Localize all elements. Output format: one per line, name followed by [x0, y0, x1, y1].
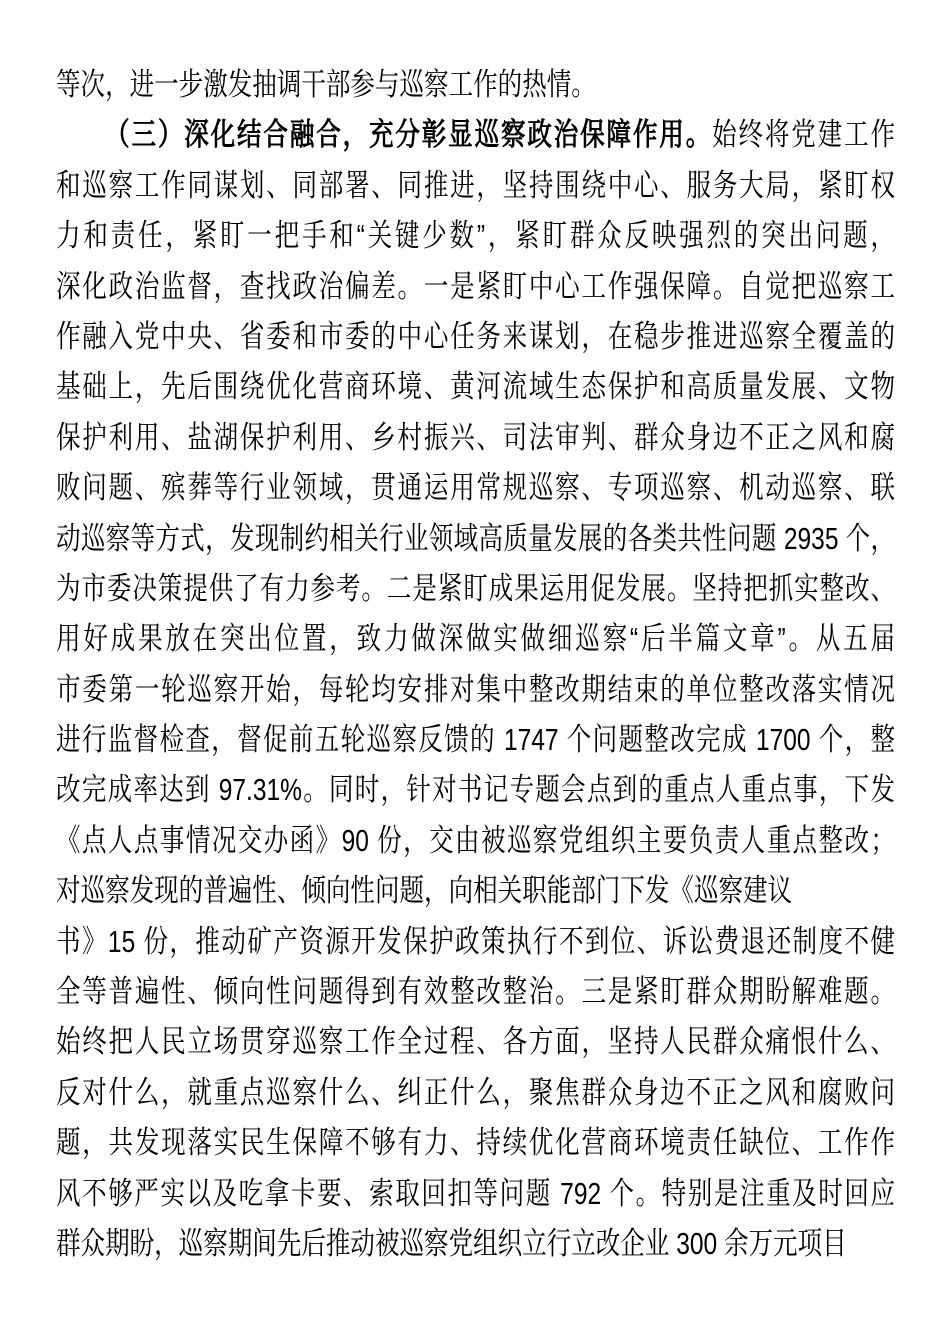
- line-text: 败问题、殡葬等行业领域，贯通运用常规巡察、专项巡察、机动巡察、联: [56, 470, 895, 505]
- text-line: 和巡察工作同谋划、同部署、同推进，坚持围绕中心、服务大局，紧盯权: [56, 161, 895, 211]
- text-line: 改完成率达到 97.31%。同时，针对书记专题会点到的重点人重点事，下发: [56, 765, 895, 815]
- line-text: 和巡察工作同谋划、同部署、同推进，坚持围绕中心、服务大局，紧盯权: [56, 168, 895, 203]
- line-text: 题，共发现落实民生保障不够有力、持续优化营商环境责任缺位、工作作: [56, 1125, 895, 1160]
- line-text: 为市委决策提供了有力参考。二是紧盯成果运用促发展。坚持把抓实整改、: [56, 571, 895, 606]
- text-line: 市委第一轮巡察开始，每轮均安排对集中整改期结束的单位整改落实情况: [56, 665, 895, 715]
- line-text: 反对什么，就重点巡察什么、纠正什么，聚焦群众身边不正之风和腐败问: [56, 1075, 895, 1110]
- line-text: 始终把人民立场贯穿巡察工作全过程、各方面，坚持人民群众痛恨什么、: [56, 1024, 895, 1059]
- text-line: 用好成果放在突出位置，致力做深做实做细巡察“后半篇文章”。从五届: [56, 614, 895, 664]
- line-text: 始终将党建工作: [712, 117, 895, 152]
- text-line: 题，共发现落实民生保障不够有力、持续优化营商环境责任缺位、工作作: [56, 1118, 895, 1168]
- text-line: 风不够严实以及吃拿卡要、索取回扣等问题 792 个。特别是注重及时回应: [56, 1169, 895, 1219]
- document-text-block: 等次，进一步激发抽调干部参与巡察工作的热情。（三）深化结合融合，充分彰显巡察政治…: [56, 60, 895, 1269]
- text-line: 反对什么，就重点巡察什么、纠正什么，聚焦群众身边不正之风和腐败问: [56, 1068, 895, 1118]
- line-text: 作融入党中央、省委和市委的中心任务来谋划，在稳步推进巡察全覆盖的: [56, 319, 895, 354]
- line-text: 力和责任，紧盯一把手和“关键少数”，紧盯群众反映强烈的突出问题，: [56, 218, 895, 253]
- text-line: 《点人点事情况交办函》90 份，交由被巡察党组织主要负责人重点整改；: [56, 816, 895, 866]
- line-text: 群众期盼，巡察期间先后推动被巡察党组织立行立改企业 300 余万元项目: [56, 1226, 847, 1261]
- line-text: 动巡察等方式，发现制约相关行业领域高质量发展的各类共性问题 2935 个，: [56, 521, 895, 556]
- text-line: 保护利用、盐湖保护利用、乡村振兴、司法审判、群众身边不正之风和腐: [56, 413, 895, 463]
- line-text: 进行监督检查，督促前五轮巡察反馈的 1747 个问题整改完成 1700 个，整: [56, 722, 895, 757]
- line-text: 用好成果放在突出位置，致力做深做实做细巡察“后半篇文章”。从五届: [56, 621, 895, 656]
- text-line: 始终把人民立场贯穿巡察工作全过程、各方面，坚持人民群众痛恨什么、: [56, 1017, 895, 1067]
- text-line: 群众期盼，巡察期间先后推动被巡察党组织立行立改企业 300 余万元项目: [56, 1219, 895, 1269]
- text-line: 对巡察发现的普遍性、倾向性问题，向相关职能部门下发《巡察建议: [56, 866, 895, 916]
- text-line: 基础上，先后围绕优化营商环境、黄河流域生态保护和高质量发展、文物: [56, 362, 895, 412]
- text-line: 动巡察等方式，发现制约相关行业领域高质量发展的各类共性问题 2935 个，: [56, 514, 895, 564]
- line-text: 保护利用、盐湖保护利用、乡村振兴、司法审判、群众身边不正之风和腐: [56, 420, 895, 455]
- line-text: 深化政治监督，查找政治偏差。一是紧盯中心工作强保障。自觉把巡察工: [56, 269, 895, 304]
- line-text: 全等普遍性、倾向性问题得到有效整改整治。三是紧盯群众期盼解难题。: [56, 974, 895, 1009]
- line-text: 书》15 份，推动矿产资源开发保护政策执行不到位、诉讼费退还制度不健: [56, 924, 895, 959]
- text-line: 书》15 份，推动矿产资源开发保护政策执行不到位、诉讼费退还制度不健: [56, 917, 895, 967]
- line-text: 改完成率达到 97.31%。同时，针对书记专题会点到的重点人重点事，下发: [56, 772, 895, 807]
- text-line: 作融入党中央、省委和市委的中心任务来谋划，在稳步推进巡察全覆盖的: [56, 312, 895, 362]
- text-line: 深化政治监督，查找政治偏差。一是紧盯中心工作强保障。自觉把巡察工: [56, 262, 895, 312]
- line-text: 等次，进一步激发抽调干部参与巡察工作的热情。: [56, 67, 596, 102]
- text-line: 进行监督检查，督促前五轮巡察反馈的 1747 个问题整改完成 1700 个，整: [56, 715, 895, 765]
- text-line: 败问题、殡葬等行业领域，贯通运用常规巡察、专项巡察、机动巡察、联: [56, 463, 895, 513]
- line-text: 基础上，先后围绕优化营商环境、黄河流域生态保护和高质量发展、文物: [56, 369, 895, 404]
- text-line: 等次，进一步激发抽调干部参与巡察工作的热情。: [56, 60, 895, 110]
- line-text: 对巡察发现的普遍性、倾向性问题，向相关职能部门下发《巡察建议: [56, 873, 792, 908]
- text-line: （三）深化结合融合，充分彰显巡察政治保障作用。始终将党建工作: [56, 110, 895, 160]
- line-text: 市委第一轮巡察开始，每轮均安排对集中整改期结束的单位整改落实情况: [56, 672, 895, 707]
- text-line: 为市委决策提供了有力参考。二是紧盯成果运用促发展。坚持把抓实整改、: [56, 564, 895, 614]
- line-text: 《点人点事情况交办函》90 份，交由被巡察党组织主要负责人重点整改；: [56, 823, 895, 858]
- section-heading-bold: （三）深化结合融合，充分彰显巡察政治保障作用。: [105, 117, 712, 152]
- document-page: 等次，进一步激发抽调干部参与巡察工作的热情。（三）深化结合融合，充分彰显巡察政治…: [0, 0, 950, 1344]
- text-line: 力和责任，紧盯一把手和“关键少数”，紧盯群众反映强烈的突出问题，: [56, 211, 895, 261]
- line-text: 风不够严实以及吃拿卡要、索取回扣等问题 792 个。特别是注重及时回应: [56, 1176, 895, 1211]
- text-line: 全等普遍性、倾向性问题得到有效整改整治。三是紧盯群众期盼解难题。: [56, 967, 895, 1017]
